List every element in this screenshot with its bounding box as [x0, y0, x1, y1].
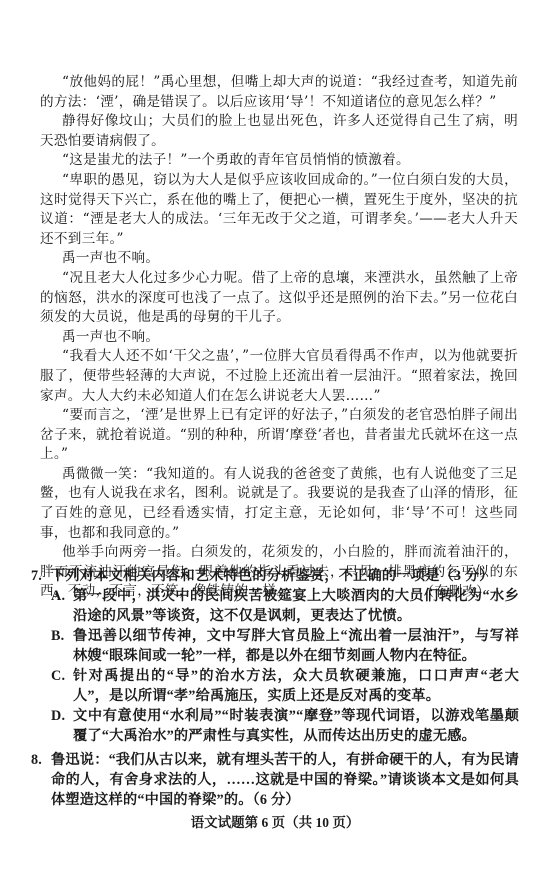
- option-c: C. 针对禹提出的“导”的治水方法，众大员软硬兼施，口口声声“老大人”，是以所谓…: [51, 666, 519, 706]
- question-number: 8.: [31, 750, 51, 810]
- questions-section: 7. 下列对本文相关内容和艺术特色的分析鉴赏，不正确的一项是（3 分） A. 第…: [31, 566, 519, 810]
- story-paragraph: 禹微微一笑：“我知道的。有人说我的爸爸变了黄熊，也有人说他变了三足鳖，也有人说我…: [40, 465, 518, 543]
- question-8: 8. 鲁迅说：“我们从古以来，就有埋头苦干的人，有拼命硬干的人，有为民请命的人，…: [31, 750, 519, 810]
- option-text: 第一段中，洪灾中的民间疾苦被筵宴上大啖酒肉的大员们转化为“水乡沿途的风景”等谈资…: [73, 586, 519, 626]
- page-footer: 语文试题第 6 页（共 10 页）: [0, 813, 550, 833]
- exam-page: “放他妈的屁！”禹心里想，但嘴上却大声的说道：“我经过查考，知道先前的方法：‘湮…: [0, 0, 550, 894]
- question-stem: 下列对本文相关内容和艺术特色的分析鉴赏，不正确的一项是（3 分）: [51, 566, 519, 586]
- story-paragraph: 禹一声也不响。: [40, 328, 518, 348]
- question-body: 下列对本文相关内容和艺术特色的分析鉴赏，不正确的一项是（3 分）: [51, 566, 519, 586]
- story-paragraph: “卑职的愚见，窃以为大人是似乎应该收回成命的。”一位白须白发的大员，这时觉得天下…: [40, 171, 518, 249]
- question-7-options: A. 第一段中，洪灾中的民间疾苦被筵宴上大啖酒肉的大员们转化为“水乡沿途的风景”…: [51, 586, 519, 746]
- story-paragraph: 禹一声也不响。: [40, 249, 518, 269]
- story-paragraph: “我看大人还不如‘干父之蛊’，”一位胖大官员看得禹不作声，以为他就要折服了，便带…: [40, 347, 518, 406]
- story-paragraph: “要而言之，‘湮’是世界上已有定评的好法子，”白须发的老官恐怕胖子闹出岔子来，就…: [40, 406, 518, 465]
- option-letter: A.: [51, 586, 73, 626]
- story-paragraph: 静得好像坟山；大员们的脸上也显出死色，许多人还觉得自己生了病，明天恐怕要请病假了…: [40, 112, 518, 151]
- question-7: 7. 下列对本文相关内容和艺术特色的分析鉴赏，不正确的一项是（3 分）: [31, 566, 519, 586]
- option-letter: D.: [51, 706, 73, 746]
- story-paragraph: “这是蚩尤的法子！”一个勇敢的青年官员悄悄的愤激着。: [40, 151, 518, 171]
- option-text: 鲁迅善以细节传神，文中写胖大官员脸上“流出着一层油汗”，与写祥林嫂“眼珠间或一轮…: [73, 626, 519, 666]
- option-letter: C.: [51, 666, 73, 706]
- option-text: 针对禹提出的“导”的治水方法，众大员软硬兼施，口口声声“老大人”，是以所谓“孝”…: [73, 666, 519, 706]
- option-letter: B.: [51, 626, 73, 666]
- story-paragraph: “况且老大人化过多少心力呢。借了上帝的息壤，来湮洪水，虽然触了上帝的恼怒，洪水的…: [40, 269, 518, 328]
- option-text: 文中有意使用“水利局”“时装表演”“摩登”等现代词语，以游戏笔墨颠覆了“大禹治水…: [73, 706, 519, 746]
- question-stem: 鲁迅说：“我们从古以来，就有埋头苦干的人，有拼命硬干的人，有为民请命的人，有舍身…: [51, 750, 519, 810]
- option-a: A. 第一段中，洪灾中的民间疾苦被筵宴上大啖酒肉的大员们转化为“水乡沿途的风景”…: [51, 586, 519, 626]
- question-number: 7.: [31, 566, 51, 586]
- story-passage: “放他妈的屁！”禹心里想，但嘴上却大声的说道：“我经过查考，知道先前的方法：‘湮…: [40, 73, 518, 602]
- story-paragraph: “放他妈的屁！”禹心里想，但嘴上却大声的说道：“我经过查考，知道先前的方法：‘湮…: [40, 73, 518, 112]
- option-b: B. 鲁迅善以细节传神，文中写胖大官员脸上“流出着一层油汗”，与写祥林嫂“眼珠间…: [51, 626, 519, 666]
- option-d: D. 文中有意使用“水利局”“时装表演”“摩登”等现代词语，以游戏笔墨颠覆了“大…: [51, 706, 519, 746]
